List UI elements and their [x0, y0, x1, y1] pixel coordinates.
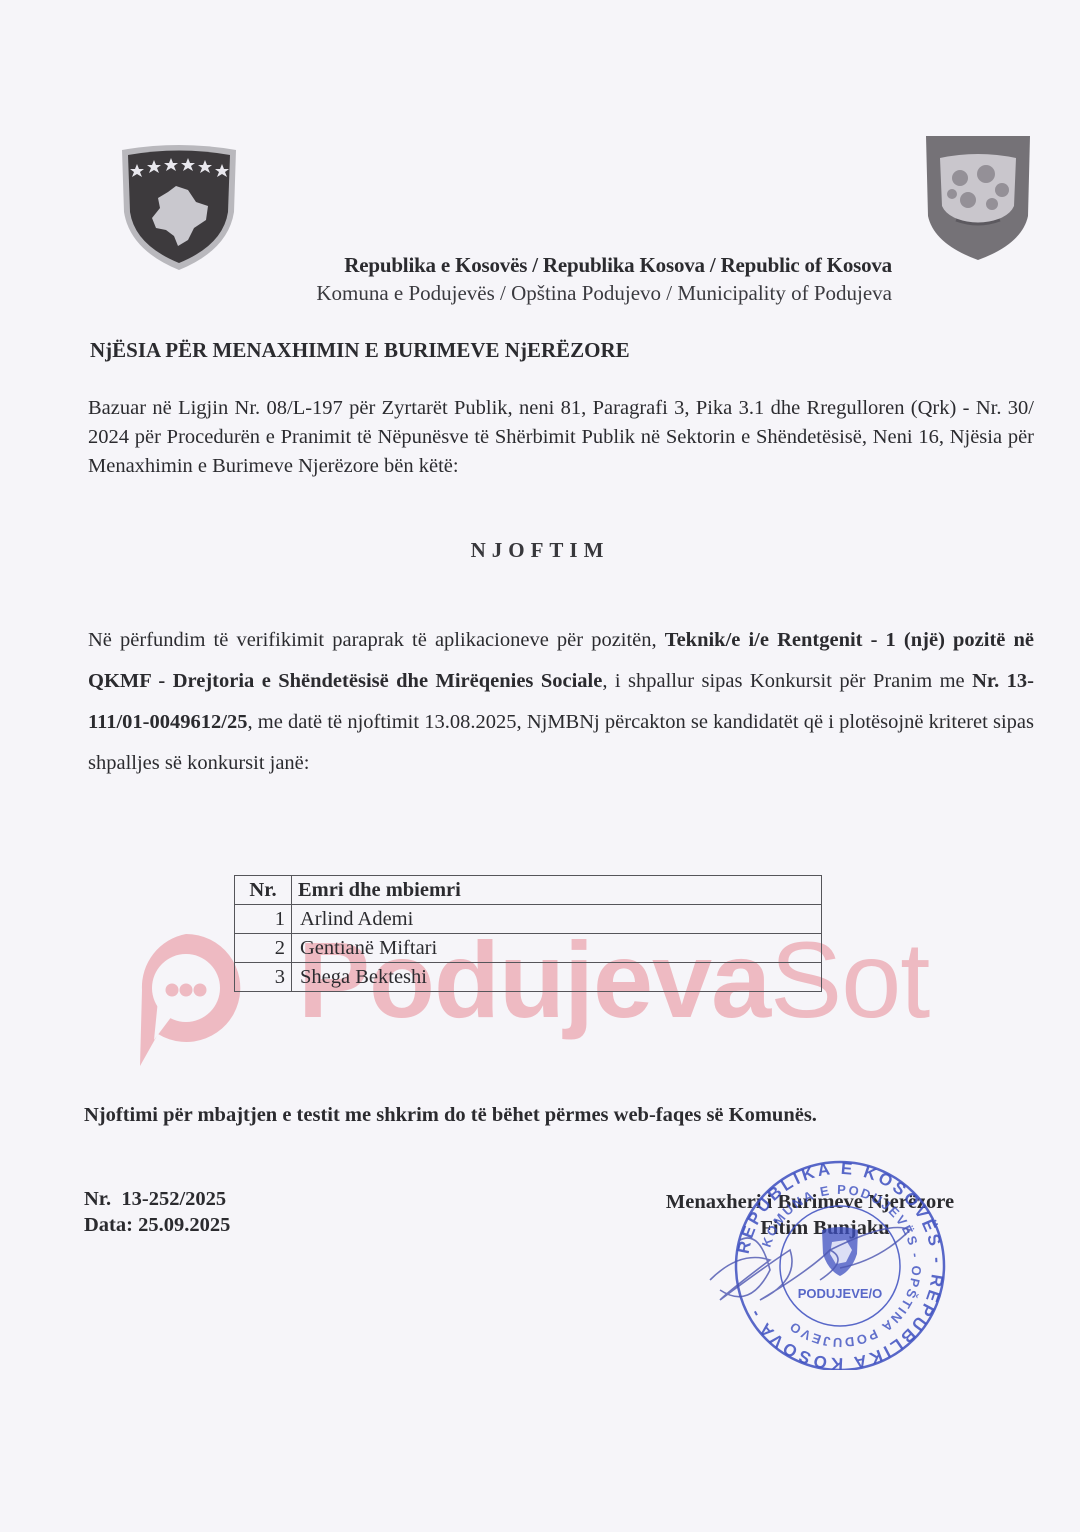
- svg-text:PODUJEVE/O: PODUJEVE/O: [798, 1286, 883, 1301]
- table-row: 3 Shega Bekteshi: [235, 963, 822, 992]
- footer-note: Njoftimi për mbajtjen e testit me shkrim…: [84, 1104, 817, 1127]
- reference-date: Data: 25.09.2025: [84, 1212, 230, 1238]
- notice-body: Në përfundim të verifikimit paraprak të …: [88, 620, 1034, 784]
- header-nr: Nr.: [235, 876, 292, 905]
- row-name: Shega Bekteshi: [292, 963, 822, 992]
- document-reference: Nr. 13-252/2025 Data: 25.09.2025: [84, 1186, 230, 1238]
- row-nr: 3: [235, 963, 292, 992]
- row-nr: 2: [235, 934, 292, 963]
- header-municipality: Komuna e Podujevës / Opština Podujevo / …: [0, 281, 892, 306]
- official-stamp-icon: REPUBLIKA E KOSOVËS - REPUBLIKA KOSOVA -…: [700, 1150, 980, 1370]
- table-row: 2 Gentianë Miftari: [235, 934, 822, 963]
- header-republic: Republika e Kosovës / Republika Kosova /…: [0, 253, 892, 278]
- body-text-1: Në përfundim të verifikimit paraprak të …: [88, 629, 665, 651]
- row-nr: 1: [235, 905, 292, 934]
- row-name: Arlind Ademi: [292, 905, 822, 934]
- body-text-2: , i shpallur sipas Konkursit për Pranim …: [602, 670, 972, 692]
- table-row: 1 Arlind Ademi: [235, 905, 822, 934]
- signatory-block: Menaxheri i Burimeve Njerëzore Fitim Bun…: [600, 1189, 1020, 1241]
- intro-paragraph: Bazuar në Ligjin Nr. 08/L-197 për Zyrtar…: [88, 394, 1034, 481]
- table-header-row: Nr. Emri dhe mbiemri: [235, 876, 822, 905]
- podujeva-coat-of-arms-icon: [922, 132, 1034, 262]
- reference-number: Nr. 13-252/2025: [84, 1186, 230, 1212]
- podujevasot-logo-icon: [128, 930, 248, 1070]
- candidates-table: Nr. Emri dhe mbiemri 1 Arlind Ademi 2 Ge…: [234, 875, 822, 992]
- notice-title: NJOFTIM: [0, 538, 1080, 563]
- row-name: Gentianë Miftari: [292, 934, 822, 963]
- signatory-name: Fitim Bunjaku: [600, 1215, 1020, 1241]
- signatory-title: Menaxheri i Burimeve Njerëzore: [600, 1189, 1020, 1215]
- header-name: Emri dhe mbiemri: [292, 876, 822, 905]
- unit-title: NjËSIA PËR MENAXHIMIN E BURIMEVE NjERËZO…: [90, 338, 630, 363]
